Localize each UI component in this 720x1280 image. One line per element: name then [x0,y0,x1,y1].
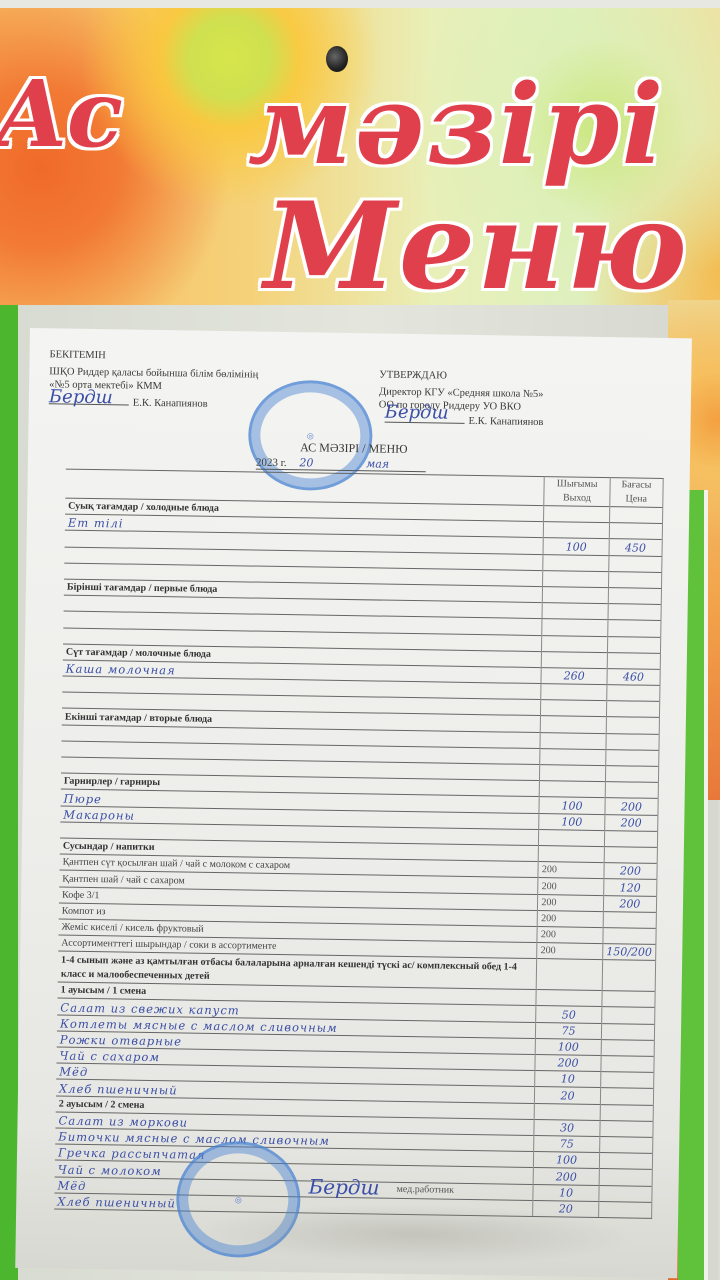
menu-document: БЕКІТЕМІН ШҚО Риддер қаласы бойынша білі… [15,328,692,1278]
dish-output: 30 [534,1119,600,1136]
dish-output: 200 [534,1168,600,1185]
dish-price [599,1169,653,1186]
dish-price [601,1056,655,1073]
medical-worker-label: мед.работник [396,1184,454,1196]
dish-output [544,522,610,539]
signatory-name: Е.К. Канапиянов [133,398,208,410]
menu-table: Шығымы Выход Бағасы Цена Суық тағамдар /… [54,469,664,1219]
banner-title-kz-word1: Ас [0,60,121,168]
dish-price: 200 [603,895,657,912]
dish-price: 200 [605,798,659,815]
approval-heading: БЕКІТЕМІН [49,348,299,365]
dish-price [601,1039,655,1056]
dish-price: 450 [609,539,663,556]
dish-price: 460 [607,668,661,685]
date-year: 2023 г. [256,457,287,469]
dish-output: 100 [534,1152,600,1169]
dish-output: 100 [539,797,605,814]
signature-right: Бердш [385,402,449,424]
dish-output: 200 [537,926,603,943]
date-month: мая [366,457,389,470]
signature-medical: Бердш [308,1174,379,1199]
dish-price [599,1185,653,1202]
dish-price: 200 [604,814,658,831]
column-header-price: Бағасы Цена [609,478,663,508]
dish-price: 200 [604,863,658,880]
dish-output: 200 [538,910,604,927]
banner-title-kz-word2: мәзірі [248,60,665,189]
dish-output: 200 [538,862,604,879]
dish-price [599,1136,653,1153]
dish-output: 10 [533,1184,599,1201]
dish-price [609,523,663,540]
dish-output: 100 [539,813,605,830]
dish-output: 20 [535,1087,601,1104]
dish-output: 50 [536,1006,602,1023]
dish-price [603,911,657,928]
paper-smudge [195,1201,636,1268]
signatory-name: Е.К. Канапиянов [469,416,544,428]
dish-output: 200 [538,894,604,911]
dish-output: 75 [534,1135,600,1152]
signature-left: Бердш [49,386,113,408]
dish-output: 10 [535,1071,601,1088]
dish-output: 75 [536,1022,602,1039]
dish-price [600,1120,654,1137]
dish-price [603,927,657,944]
dish-output: 200 [535,1055,601,1072]
date-day: 20 [299,456,313,469]
dish-price [601,1023,655,1040]
document-title: АС МӘЗІРІ / МЕНЮ [300,440,408,457]
menu-banner: Ас мәзірі Меню [0,8,720,308]
dish-price: 120 [603,879,657,896]
dish-price [600,1072,654,1089]
dish-price [601,1007,655,1024]
dish-output: 200 [537,943,603,960]
approval-heading: УТВЕРЖДАЮ [379,368,609,385]
dish-price: 150/200 [602,944,656,961]
column-header-output: Шығымы Выход [544,477,610,507]
dish-output: 260 [541,667,607,684]
dish-output: 100 [543,538,609,555]
dish-output: 200 [538,878,604,895]
dish-output: 100 [536,1038,602,1055]
banner-title-ru: Меню [264,176,689,308]
document-date: 2023 г. 20 мая [256,456,426,473]
dish-price [599,1153,653,1170]
board-frame-left [0,305,18,1280]
dish-price [600,1088,654,1105]
